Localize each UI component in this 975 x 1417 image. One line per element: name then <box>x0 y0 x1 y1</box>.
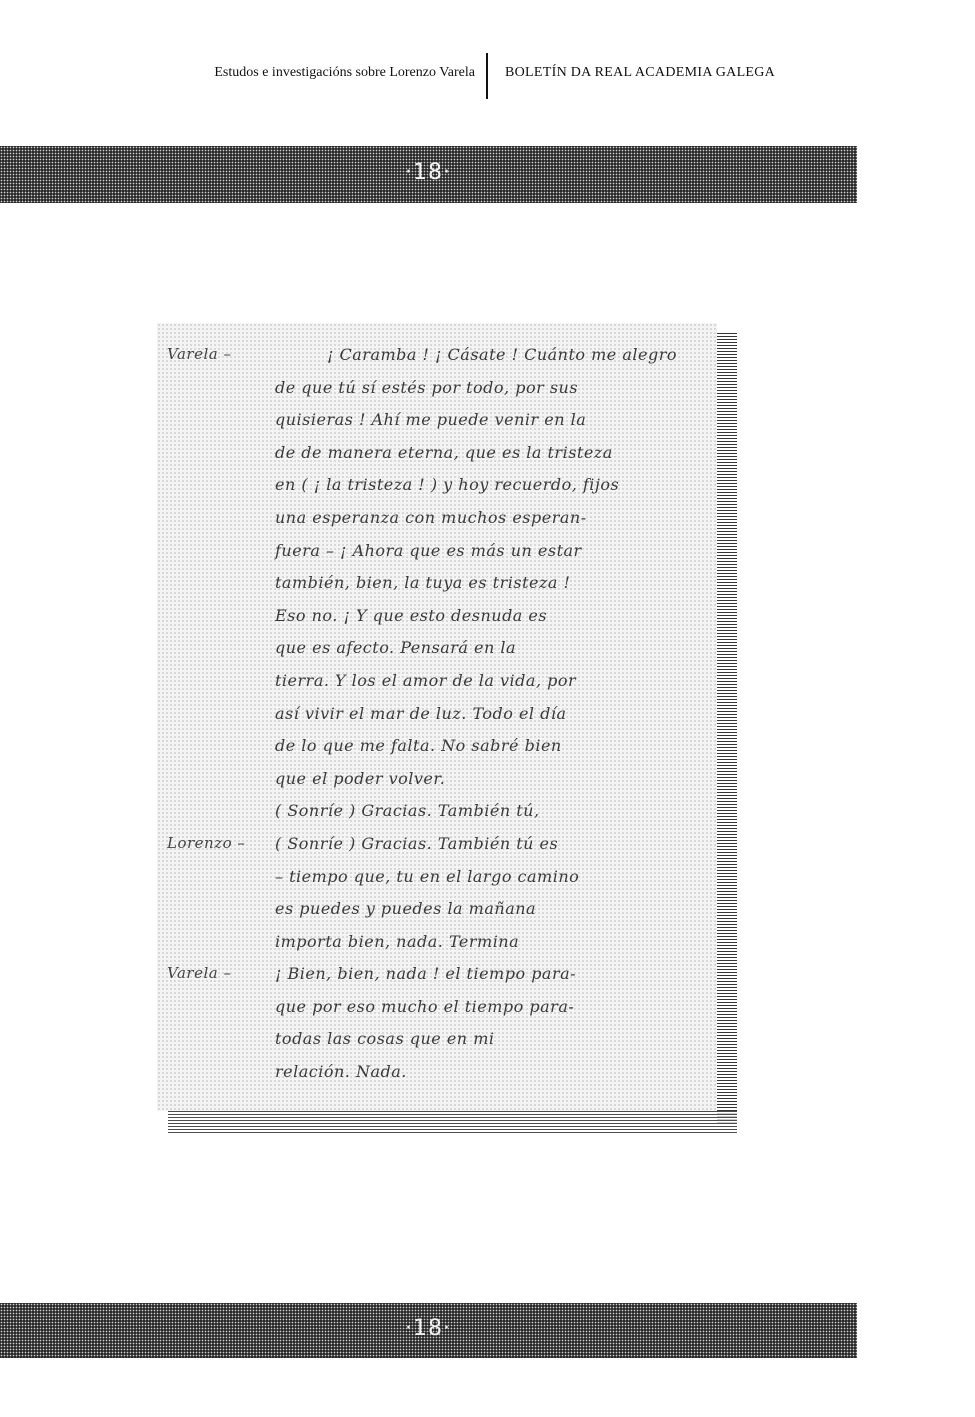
manuscript-line: de lo que me falta. No sabré bien <box>157 732 717 765</box>
line-text: que es afecto. Pensará en la <box>275 638 709 657</box>
manuscript-facsimile: Varela –¡ Caramba ! ¡ Cásate ! Cuánto me… <box>157 323 717 1111</box>
line-text: que el poder volver. <box>275 769 709 788</box>
line-text: ( Sonríe ) Gracias. También tú es <box>275 834 709 853</box>
folio-bar-top: ·18· <box>0 146 857 203</box>
manuscript-line: una esperanza con muchos esperan- <box>157 504 717 537</box>
manuscript-shadow-right <box>717 333 737 1123</box>
line-text: ¡ Bien, bien, nada ! el tiempo para- <box>275 964 709 983</box>
line-text: es puedes y puedes la mañana <box>275 899 709 918</box>
line-text: de lo que me falta. No sabré bien <box>275 736 709 755</box>
folio-bar-bottom: ·18· <box>0 1303 857 1358</box>
manuscript-line: ( Sonríe ) Gracias. También tú, <box>157 797 717 830</box>
manuscript-shadow-bottom <box>168 1111 737 1135</box>
speaker-label: Lorenzo – <box>167 834 262 852</box>
line-text: que por eso mucho el tiempo para- <box>275 997 709 1016</box>
line-text: relación. Nada. <box>275 1062 709 1081</box>
page-number-bottom: ·18· <box>398 1316 458 1341</box>
running-head-divider <box>486 53 488 99</box>
manuscript-lines: Varela –¡ Caramba ! ¡ Cásate ! Cuánto me… <box>157 341 717 1091</box>
page-number-top: ·18· <box>398 160 458 185</box>
manuscript-line: así vivir el mar de luz. Todo el día <box>157 700 717 733</box>
manuscript-line: relación. Nada. <box>157 1058 717 1091</box>
manuscript-line: Lorenzo –( Sonríe ) Gracias. También tú … <box>157 830 717 863</box>
manuscript-line: fuera – ¡ Ahora que es más un estar <box>157 537 717 570</box>
line-text: – tiempo que, tu en el largo camino <box>275 867 709 886</box>
manuscript-line: Eso no. ¡ Y que esto desnuda es <box>157 602 717 635</box>
line-text: de de manera eterna, que es la tristeza <box>275 443 709 462</box>
speaker-label: Varela – <box>167 345 262 363</box>
manuscript-line: Varela –¡ Caramba ! ¡ Cásate ! Cuánto me… <box>157 341 717 374</box>
manuscript-line: es puedes y puedes la mañana <box>157 895 717 928</box>
manuscript-line: todas las cosas que en mi <box>157 1025 717 1058</box>
journal-name: BOLETÍN DA REAL ACADEMIA GALEGA <box>505 65 775 81</box>
running-head-title: Estudos e investigacións sobre Lorenzo V… <box>214 65 475 81</box>
manuscript-line: quisieras ! Ahí me puede venir en la <box>157 406 717 439</box>
line-text: también, bien, la tuya es tristeza ! <box>275 573 709 592</box>
line-text: de que tú sí estés por todo, por sus <box>275 378 709 397</box>
speaker-label: Varela – <box>167 964 262 982</box>
line-text: fuera – ¡ Ahora que es más un estar <box>275 541 709 560</box>
line-text: importa bien, nada. Termina <box>275 932 709 951</box>
line-text: Eso no. ¡ Y que esto desnuda es <box>275 606 709 625</box>
line-text: ( Sonríe ) Gracias. También tú, <box>275 801 709 820</box>
line-text: todas las cosas que en mi <box>275 1029 709 1048</box>
manuscript-line: Varela –¡ Bien, bien, nada ! el tiempo p… <box>157 960 717 993</box>
manuscript-line: en ( ¡ la tristeza ! ) y hoy recuerdo, f… <box>157 471 717 504</box>
manuscript-line: tierra. Y los el amor de la vida, por <box>157 667 717 700</box>
manuscript-line: – tiempo que, tu en el largo camino <box>157 863 717 896</box>
line-text: ¡ Caramba ! ¡ Cásate ! Cuánto me alegro <box>327 345 709 364</box>
line-text: así vivir el mar de luz. Todo el día <box>275 704 709 723</box>
manuscript-line: que es afecto. Pensará en la <box>157 634 717 667</box>
manuscript-line: que por eso mucho el tiempo para- <box>157 993 717 1026</box>
manuscript-line: de de manera eterna, que es la tristeza <box>157 439 717 472</box>
manuscript-line: de que tú sí estés por todo, por sus <box>157 374 717 407</box>
manuscript-line: también, bien, la tuya es tristeza ! <box>157 569 717 602</box>
line-text: tierra. Y los el amor de la vida, por <box>275 671 709 690</box>
running-head: Estudos e investigacións sobre Lorenzo V… <box>0 53 975 99</box>
line-text: quisieras ! Ahí me puede venir en la <box>275 410 709 429</box>
line-text: una esperanza con muchos esperan- <box>275 508 709 527</box>
manuscript-line: que el poder volver. <box>157 765 717 798</box>
line-text: en ( ¡ la tristeza ! ) y hoy recuerdo, f… <box>275 475 709 494</box>
manuscript-line: importa bien, nada. Termina <box>157 928 717 961</box>
